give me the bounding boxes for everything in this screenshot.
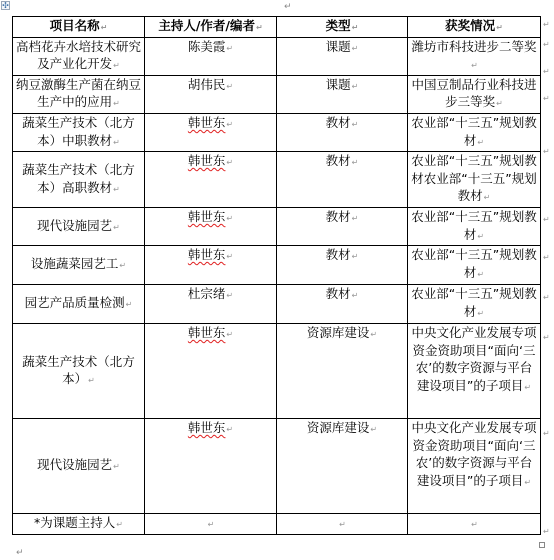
row-end-mark: ↵	[543, 429, 550, 438]
cell-empty: ↵	[145, 514, 277, 535]
cell-project-name: 蔬菜生产技术（北方本）↵	[13, 324, 145, 419]
cell-project-name: 蔬菜生产技术（北方本）高职教材↵	[13, 152, 145, 208]
cell-person: 韩世东↵	[145, 113, 277, 151]
row-end-mark: ↵	[543, 40, 550, 49]
cell-type: 资源库建设↵	[277, 324, 408, 419]
cell-project-name: 设施蔬菜园艺工↵	[13, 246, 145, 285]
paragraph-mark: ↵	[16, 548, 24, 558]
header-person: 主持人/作者/编者↵	[145, 17, 277, 38]
cell-type: 资源库建设↵	[277, 419, 408, 514]
row-end-mark: ↵	[543, 215, 550, 224]
cell-award: 农业部“十三五”规划教材↵	[408, 113, 541, 151]
cell-project-name: 纳豆激酶生产菌在纳豆生产中的应用↵	[13, 75, 145, 113]
table-row: 纳豆激酶生产菌在纳豆生产中的应用↵ 胡伟民↵ 课题↵ 中国豆制品行业科技进步三等…	[13, 75, 541, 113]
cell-person: 胡伟民↵	[145, 75, 277, 113]
table-row: 现代设施园艺↵ 韩世东↵ 教材↵ 农业部“十三五”规划教材↵	[13, 207, 541, 245]
cell-award: 农业部“十三五”规划教材↵	[408, 207, 541, 245]
table-row: 现代设施园艺↵ 韩世东↵ 资源库建设↵ 中央文化产业发展专项资金资助项目“面向‘…	[13, 419, 541, 514]
spellcheck-underline: 韩世东	[188, 209, 226, 224]
table-row: 园艺产品质量检测↵ 杜宗绪↵ 教材↵ 农业部“十三五”规划教材↵	[13, 285, 541, 324]
spellcheck-underline: 韩世东	[188, 325, 226, 340]
cell-footnote: *为课题主持人↵	[13, 514, 145, 535]
header-award: 获奖情况↵	[408, 17, 541, 38]
table-row: 蔬菜生产技术（北方本）中职教材↵ 韩世东↵ 教材↵ 农业部“十三五”规划教材↵	[13, 113, 541, 151]
row-end-mark: ↵	[543, 527, 550, 536]
cell-person: 韩世东↵	[145, 246, 277, 285]
cell-type: 课题↵	[277, 37, 408, 75]
cell-type: 教材↵	[277, 285, 408, 324]
cell-award: 中央文化产业发展专项资金资助项目“面向‘三农’的数字资源与平台建设项目”的子项目…	[408, 419, 541, 514]
table-header-row: 项目名称↵ 主持人/作者/编者↵ 类型↵ 获奖情况↵	[13, 17, 541, 38]
spellcheck-underline: 韩世东	[188, 420, 226, 435]
cell-empty: ↵	[408, 514, 541, 535]
table-move-handle-icon[interactable]: ✣	[1, 1, 10, 10]
row-end-mark: ↵	[543, 253, 550, 262]
row-end-mark: ↵	[543, 333, 550, 342]
header-project-name: 项目名称↵	[13, 17, 145, 38]
cell-type: 教材↵	[277, 152, 408, 208]
table-row: 设施蔬菜园艺工↵ 韩世东↵ 教材↵ 农业部“十三五”规划教材↵	[13, 246, 541, 285]
cell-award: 潍坊市科技进步二等奖↵	[408, 37, 541, 75]
cell-project-name: 现代设施园艺↵	[13, 419, 145, 514]
cell-type: 教材↵	[277, 207, 408, 245]
cell-award: 中央文化产业发展专项资金资助项目“面向‘三农’的数字资源与平台建设项目”的子项目…	[408, 324, 541, 419]
cell-project-name: 蔬菜生产技术（北方本）中职教材↵	[13, 113, 145, 151]
cell-project-name: 现代设施园艺↵	[13, 207, 145, 245]
table-resize-handle[interactable]	[539, 542, 545, 548]
row-end-mark: ↵	[543, 20, 550, 29]
cell-project-name: 高档花卉水培技术研究及产业化开发↵	[13, 37, 145, 75]
cell-person: 杜宗绪↵	[145, 285, 277, 324]
cell-type: 教材↵	[277, 246, 408, 285]
row-end-mark: ↵	[543, 94, 550, 103]
spellcheck-underline: 韩世东	[188, 153, 226, 168]
cell-type: 课题↵	[277, 75, 408, 113]
table-row: 蔬菜生产技术（北方本）↵ 韩世东↵ 资源库建设↵ 中央文化产业发展专项资金资助项…	[13, 324, 541, 419]
cell-person: 韩世东↵	[145, 419, 277, 514]
cell-project-name: 园艺产品质量检测↵	[13, 285, 145, 324]
cell-person: 陈美霞↵	[145, 37, 277, 75]
row-end-mark: ↵	[543, 67, 550, 76]
table-row: 高档花卉水培技术研究及产业化开发↵ 陈美霞↵ 课题↵ 潍坊市科技进步二等奖↵	[13, 37, 541, 75]
header-type: 类型↵	[277, 17, 408, 38]
table-row: 蔬菜生产技术（北方本）高职教材↵ 韩世东↵ 教材↵ 农业部“十三五”规划教材农业…	[13, 152, 541, 208]
cell-type: 教材↵	[277, 113, 408, 151]
paragraph-mark: ↵	[284, 2, 292, 12]
cell-person: 韩世东↵	[145, 207, 277, 245]
cell-award: 中国豆制品行业科技进步三等奖↵	[408, 75, 541, 113]
table-row-footnote: *为课题主持人↵ ↵ ↵ ↵	[13, 514, 541, 535]
row-end-mark: ↵	[543, 293, 550, 302]
spellcheck-underline: 韩世东	[188, 115, 226, 130]
cell-empty: ↵	[277, 514, 408, 535]
cell-person: 韩世东↵	[145, 324, 277, 419]
awards-table: 项目名称↵ 主持人/作者/编者↵ 类型↵ 获奖情况↵ 高档花卉水培技术研究及产业…	[12, 16, 541, 535]
cell-person: 韩世东↵	[145, 152, 277, 208]
cell-award: 农业部“十三五”规划教材农业部“十三五”规划教材↵	[408, 152, 541, 208]
cell-award: 农业部“十三五”规划教材↵	[408, 285, 541, 324]
row-end-mark: ↵	[543, 147, 550, 156]
cell-award: 农业部“十三五”规划教材↵	[408, 246, 541, 285]
spellcheck-underline: 韩世东	[188, 247, 226, 262]
